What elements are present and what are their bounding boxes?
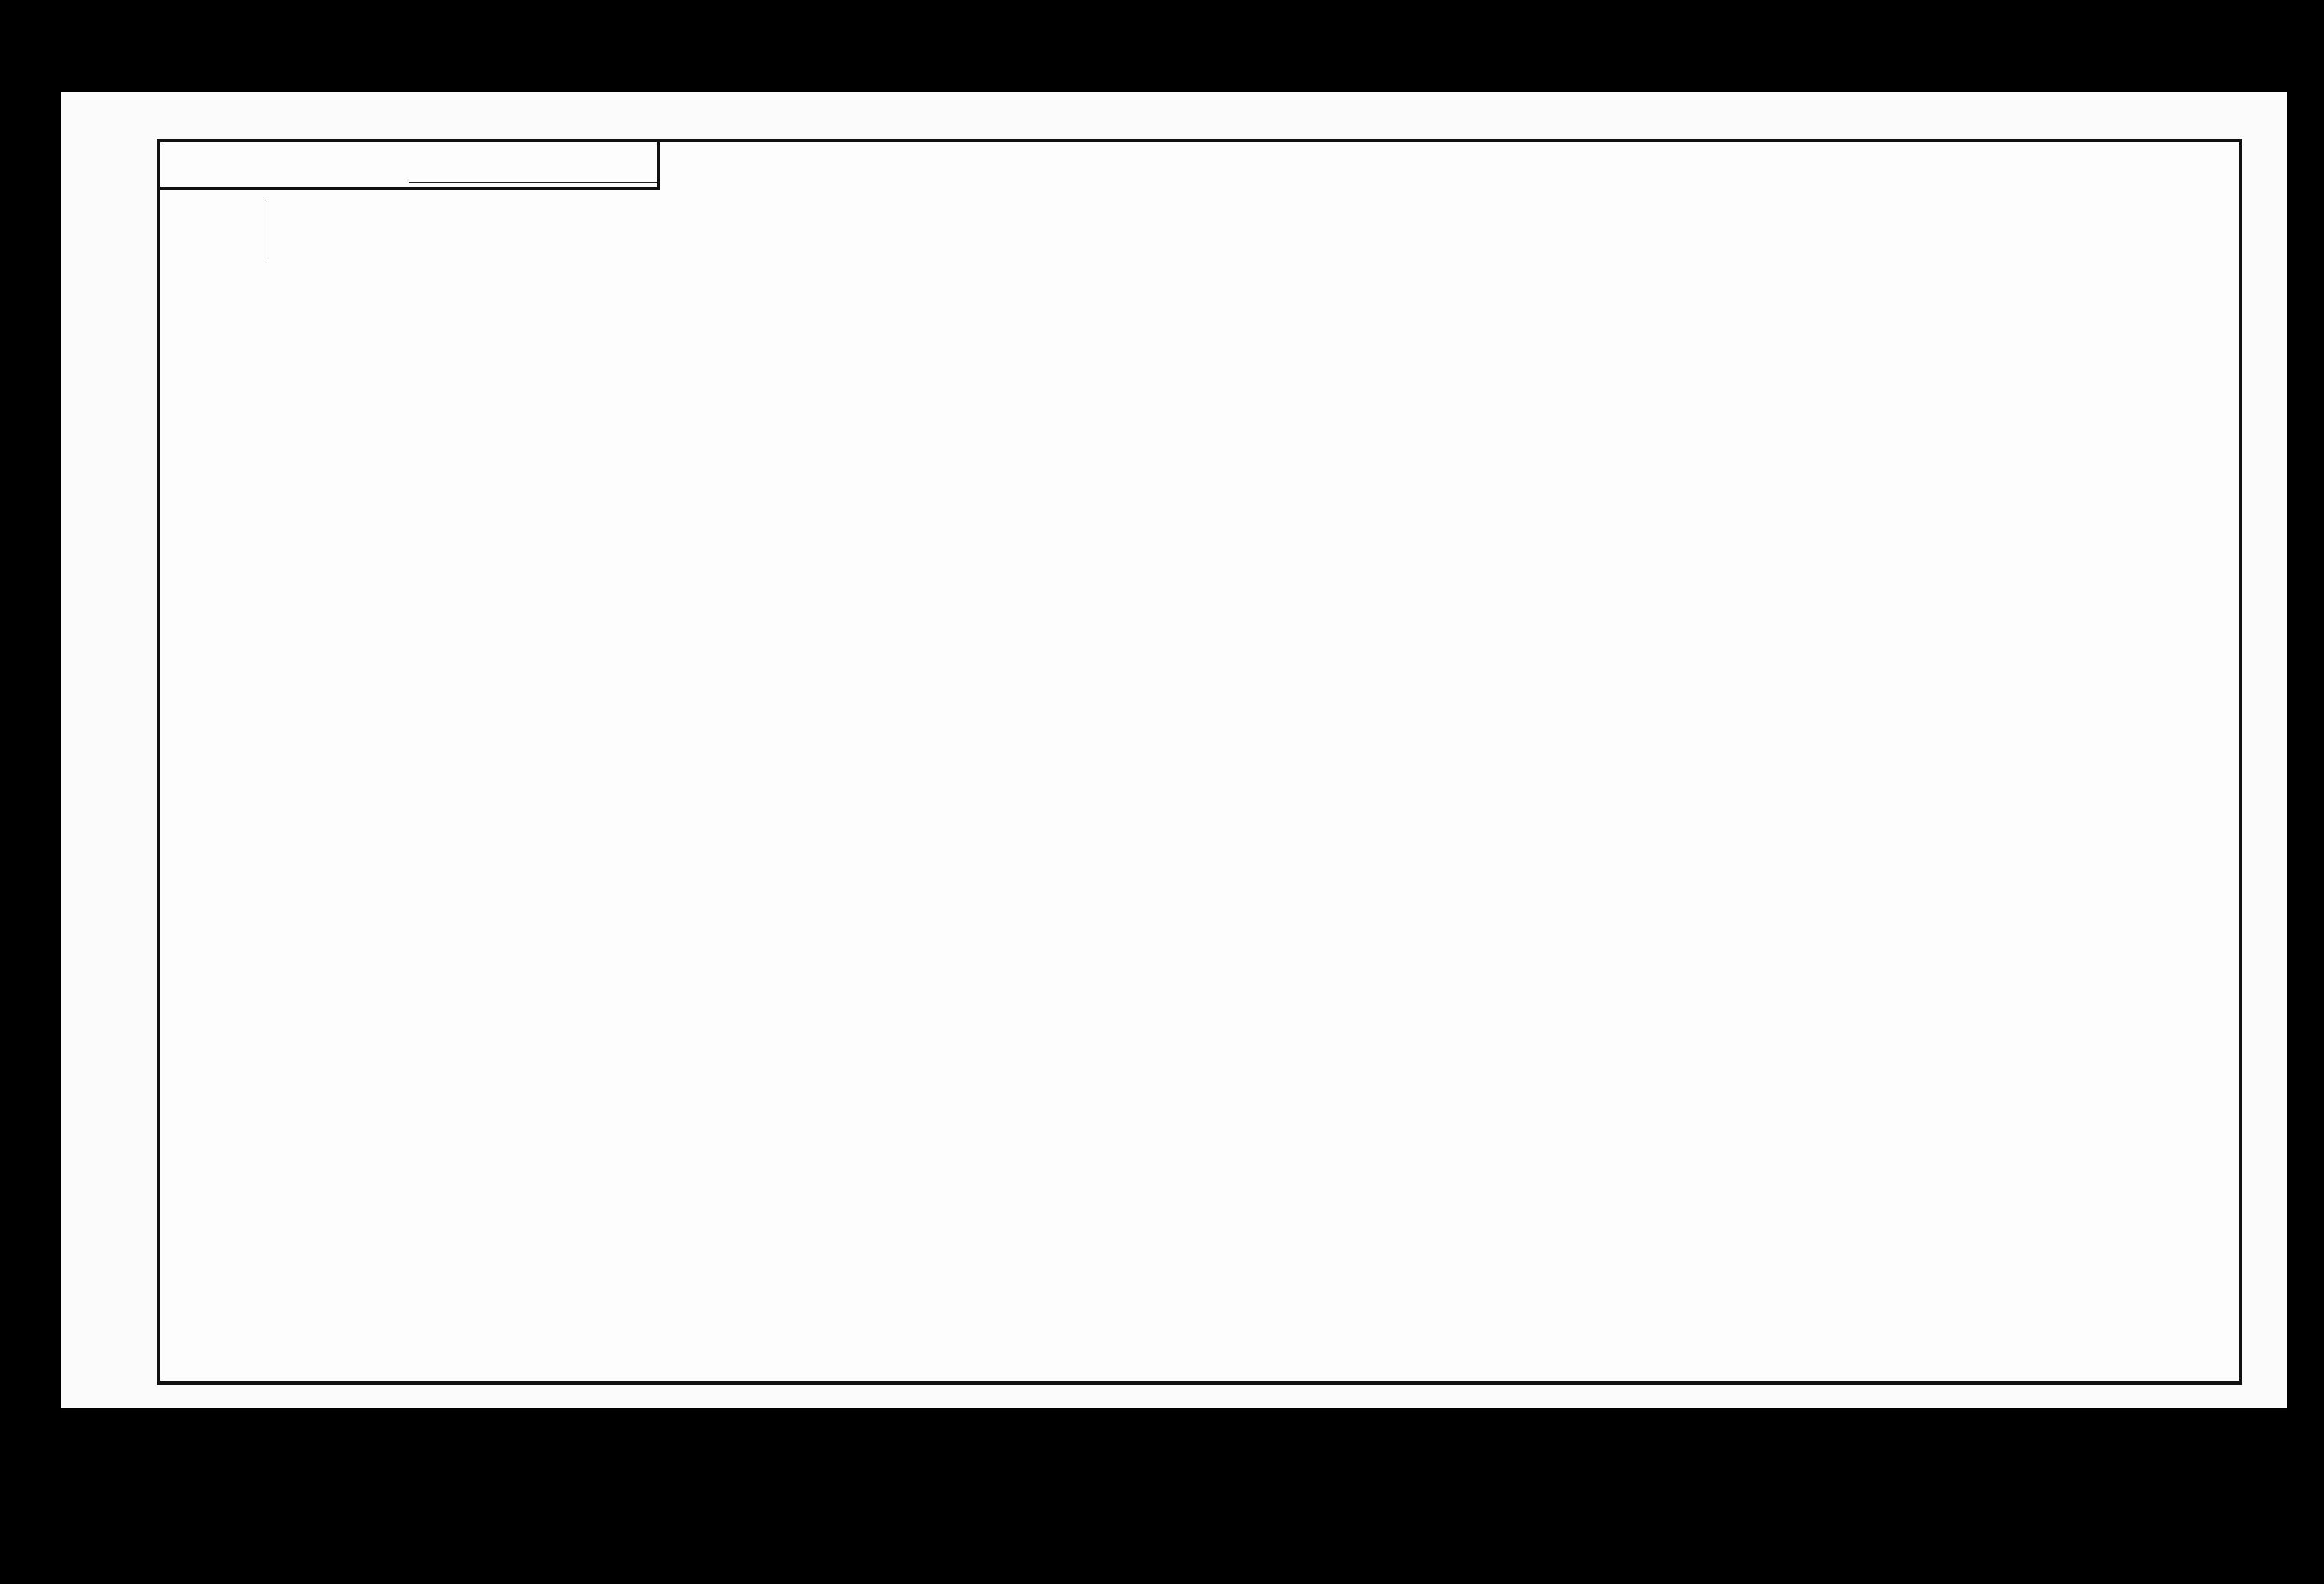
census-form (157, 139, 2242, 1385)
divider (657, 141, 660, 188)
admin-county-underline (409, 182, 657, 183)
divider (268, 200, 268, 258)
divider (157, 187, 660, 190)
